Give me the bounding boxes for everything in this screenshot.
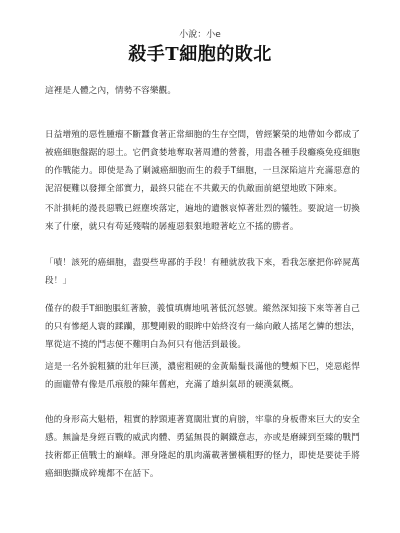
paragraph: 僅存的殺手T細胞脹紅著臉，義憤填膺地吼著低沉怒號。縱然深知接下來等著自己的只有慘… xyxy=(45,300,360,354)
story-title: 殺手T細胞的敗北 xyxy=(0,40,400,66)
paragraph: 日益增殖的惡性腫瘤不斷蠶食著正常細胞的生存空間，曾經繁榮的地帶如今都成了被癌細胞… xyxy=(45,126,360,198)
paragraph: 這是一名外貌粗獷的壯年巨漢，濃密粗硬的金黃鬍鬚長滿他的雙頰下巴，兇惡彪悍的面龐帶… xyxy=(45,358,360,394)
author-byline: 小說：小e xyxy=(0,27,400,40)
paragraph: 不計損耗的漫長惡戰已經塵埃落定，遍地的遺骸哀悼著壯烈的犧牲。要說這一切換來了什麼… xyxy=(45,200,360,236)
paragraph: 這裡是人體之內，情勢不容樂觀。 xyxy=(45,82,360,100)
document-page: 小說：小e 殺手T細胞的敗北 這裡是人體之內，情勢不容樂觀。 日益增殖的惡性腫瘤… xyxy=(0,0,400,533)
paragraph: 他的身形高大魁梧，粗實的脖頸連著寬闊壯實的肩膀，牢靠的身板帶來巨大的安全感。無論… xyxy=(45,411,360,483)
paragraph: 「嘖！該死的癌細胞，盡耍些卑鄙的手段！有種就放我下來，看我怎麼把你碎屍萬段！」 xyxy=(45,254,360,290)
